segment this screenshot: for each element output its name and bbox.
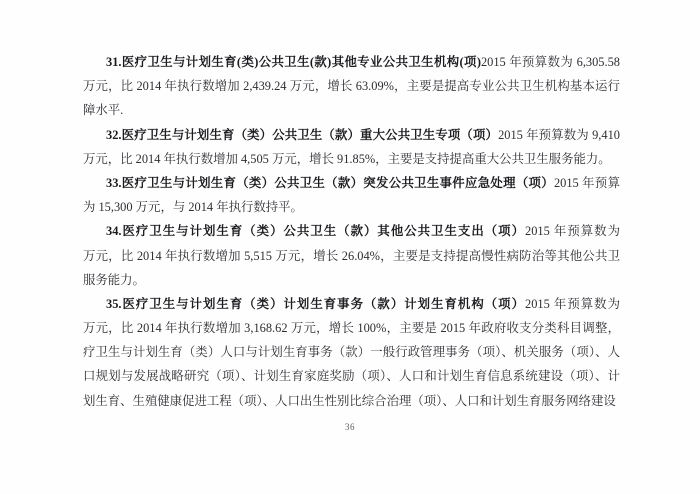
text-line: 31.医疗卫生与计划生育(类)公共卫生(款)其他专业公共卫生机构(项)2015 … (83, 50, 620, 74)
document-page: 31.医疗卫生与计划生育(类)公共卫生(款)其他专业公共卫生机构(项)2015 … (0, 0, 700, 494)
budget-paragraph: 34.医疗卫生与计划生育（类）公共卫生（款）其他公共卫生支出（项）2015 年预… (83, 219, 620, 292)
text-line: 口规划与发展战略研究（项）、计划生育家庭奖励（项）、人口和计划生育信息系统建设（… (83, 364, 620, 388)
text-line: 万元，比 2014 年执行数增加 4,505 万元，增长 91.85%，主要是支… (83, 147, 620, 171)
paragraph-lead: 34.医疗卫生与计划生育（类）公共卫生（款）其他公共卫生支出（项） (106, 224, 525, 238)
budget-paragraph: 31.医疗卫生与计划生育(类)公共卫生(款)其他专业公共卫生机构(项)2015 … (83, 50, 620, 123)
budget-paragraph: 33.医疗卫生与计划生育（类）公共卫生（款）突发公共卫生事件应急处理（项）201… (83, 171, 620, 219)
document-body: 31.医疗卫生与计划生育(类)公共卫生(款)其他专业公共卫生机构(项)2015 … (83, 50, 620, 413)
text-line: 疗卫生与计划生育（类）人口与计划生育事务（款）一般行政管理事务（项）、机关服务（… (83, 340, 620, 364)
text-line: 万元，比 2014 年执行数增加 5,515 万元，增长 26.04%，主要是支… (83, 244, 620, 268)
budget-paragraph: 32.医疗卫生与计划生育（类）公共卫生（款）重大公共卫生专项（项）2015 年预… (83, 123, 620, 171)
paragraph-lead: 32.医疗卫生与计划生育（类）公共卫生（款）重大公共卫生专项（项） (106, 128, 498, 142)
paragraph-lead: 35.医疗卫生与计划生育（类）计划生育事务（款）计划生育机构（项） (106, 297, 525, 311)
text-line: 万元，比 2014 年执行数增加 3,168.62 万元，增长 100%，主要是… (83, 316, 620, 340)
text-line: 万元，比 2014 年执行数增加 2,439.24 万元，增长 63.09%，主… (83, 74, 620, 98)
text-line: 服务能力。 (83, 268, 620, 292)
page-number: 36 (0, 422, 700, 432)
paragraph-lead: 31.医疗卫生与计划生育(类)公共卫生(款)其他专业公共卫生机构(项) (106, 55, 481, 69)
text-line: 34.医疗卫生与计划生育（类）公共卫生（款）其他公共卫生支出（项）2015 年预… (83, 219, 620, 243)
text-line: 划生育、生殖健康促进工程（项）、人口出生性别比综合治理（项）、人口和计划生育服务… (83, 389, 620, 413)
text-line: 32.医疗卫生与计划生育（类）公共卫生（款）重大公共卫生专项（项）2015 年预… (83, 123, 620, 147)
text-line: 为 15,300 万元，与 2014 年执行数持平。 (83, 195, 620, 219)
paragraph-lead: 33.医疗卫生与计划生育（类）公共卫生（款）突发公共卫生事件应急处理（项） (106, 176, 554, 190)
text-line: 35.医疗卫生与计划生育（类）计划生育事务（款）计划生育机构（项）2015 年预… (83, 292, 620, 316)
text-line: 33.医疗卫生与计划生育（类）公共卫生（款）突发公共卫生事件应急处理（项）201… (83, 171, 620, 195)
text-line: 障水平. (83, 98, 620, 122)
budget-paragraph: 35.医疗卫生与计划生育（类）计划生育事务（款）计划生育机构（项）2015 年预… (83, 292, 620, 413)
